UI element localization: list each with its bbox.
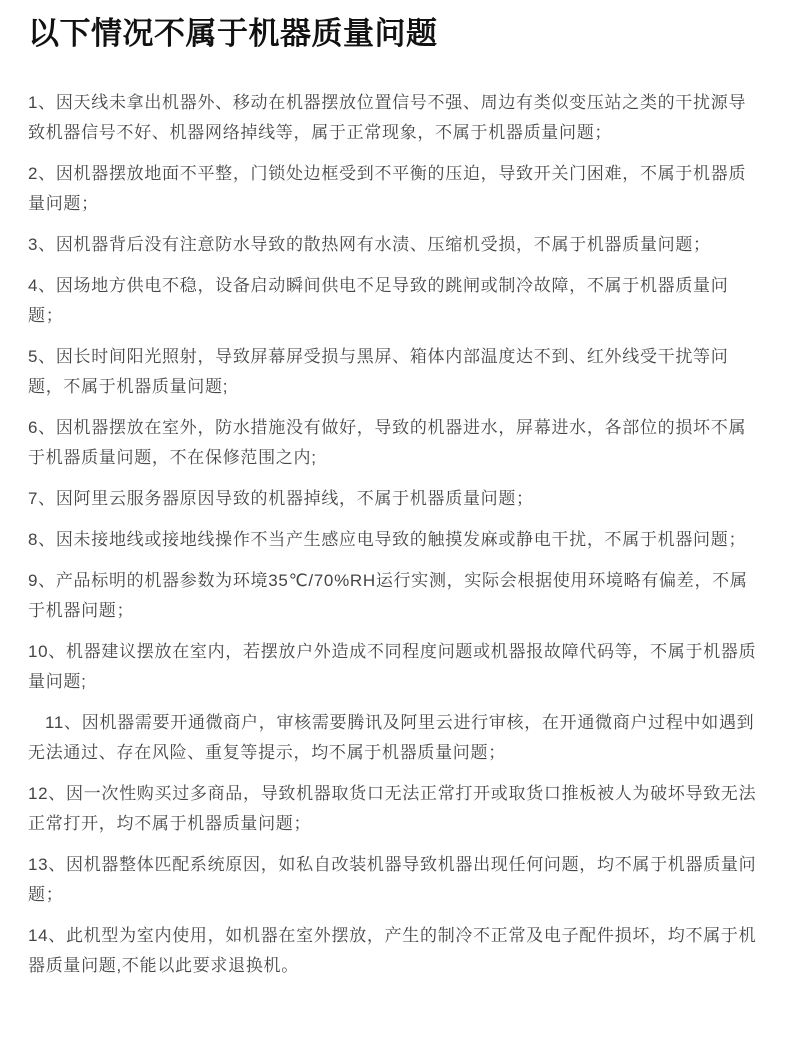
list-item: 12、因一次性购买过多商品，导致机器取货口无法正常打开或取货口推板被人为破坏导致… (28, 779, 762, 839)
items-list: 1、因天线未拿出机器外、移动在机器摆放位置信号不强、周边有类似变压站之类的干扰源… (28, 88, 762, 981)
document-page: 以下情况不属于机器质量问题 1、因天线未拿出机器外、移动在机器摆放位置信号不强、… (0, 0, 790, 1042)
page-title: 以下情况不属于机器质量问题 (28, 14, 762, 54)
list-item: 2、因机器摆放地面不平整，门锁处边框受到不平衡的压迫，导致开关门困难，不属于机器… (28, 159, 762, 219)
list-item: 3、因机器背后没有注意防水导致的散热网有水渍、压缩机受损，不属于机器质量问题； (28, 230, 762, 260)
list-item: 14、此机型为室内使用，如机器在室外摆放，产生的制冷不正常及电子配件损坏，均不属… (28, 921, 762, 981)
list-item: 4、因场地方供电不稳，设备启动瞬间供电不足导致的跳闸或制冷故障，不属于机器质量问… (28, 271, 762, 331)
list-item: 6、因机器摆放在室外，防水措施没有做好，导致的机器进水，屏幕进水，各部位的损坏不… (28, 413, 762, 473)
list-item: 13、因机器整体匹配系统原因，如私自改装机器导致机器出现任何问题，均不属于机器质… (28, 850, 762, 910)
list-item: 1、因天线未拿出机器外、移动在机器摆放位置信号不强、周边有类似变压站之类的干扰源… (28, 88, 762, 148)
list-item: 9、产品标明的机器参数为环境35℃/70%RH运行实测，实际会根据使用环境略有偏… (28, 566, 762, 626)
list-item: 5、因长时间阳光照射，导致屏幕屏受损与黑屏、箱体内部温度达不到、红外线受干扰等问… (28, 342, 762, 402)
list-item: 10、机器建议摆放在室内，若摆放户外造成不同程度问题或机器报故障代码等，不属于机… (28, 637, 762, 697)
list-item: 8、因未接地线或接地线操作不当产生感应电导致的触摸发麻或静电干扰，不属于机器问题… (28, 525, 762, 555)
list-item: 11、因机器需要开通微商户，审核需要腾讯及阿里云进行审核，在开通微商户过程中如遇… (28, 708, 762, 768)
list-item: 7、因阿里云服务器原因导致的机器掉线，不属于机器质量问题； (28, 484, 762, 514)
